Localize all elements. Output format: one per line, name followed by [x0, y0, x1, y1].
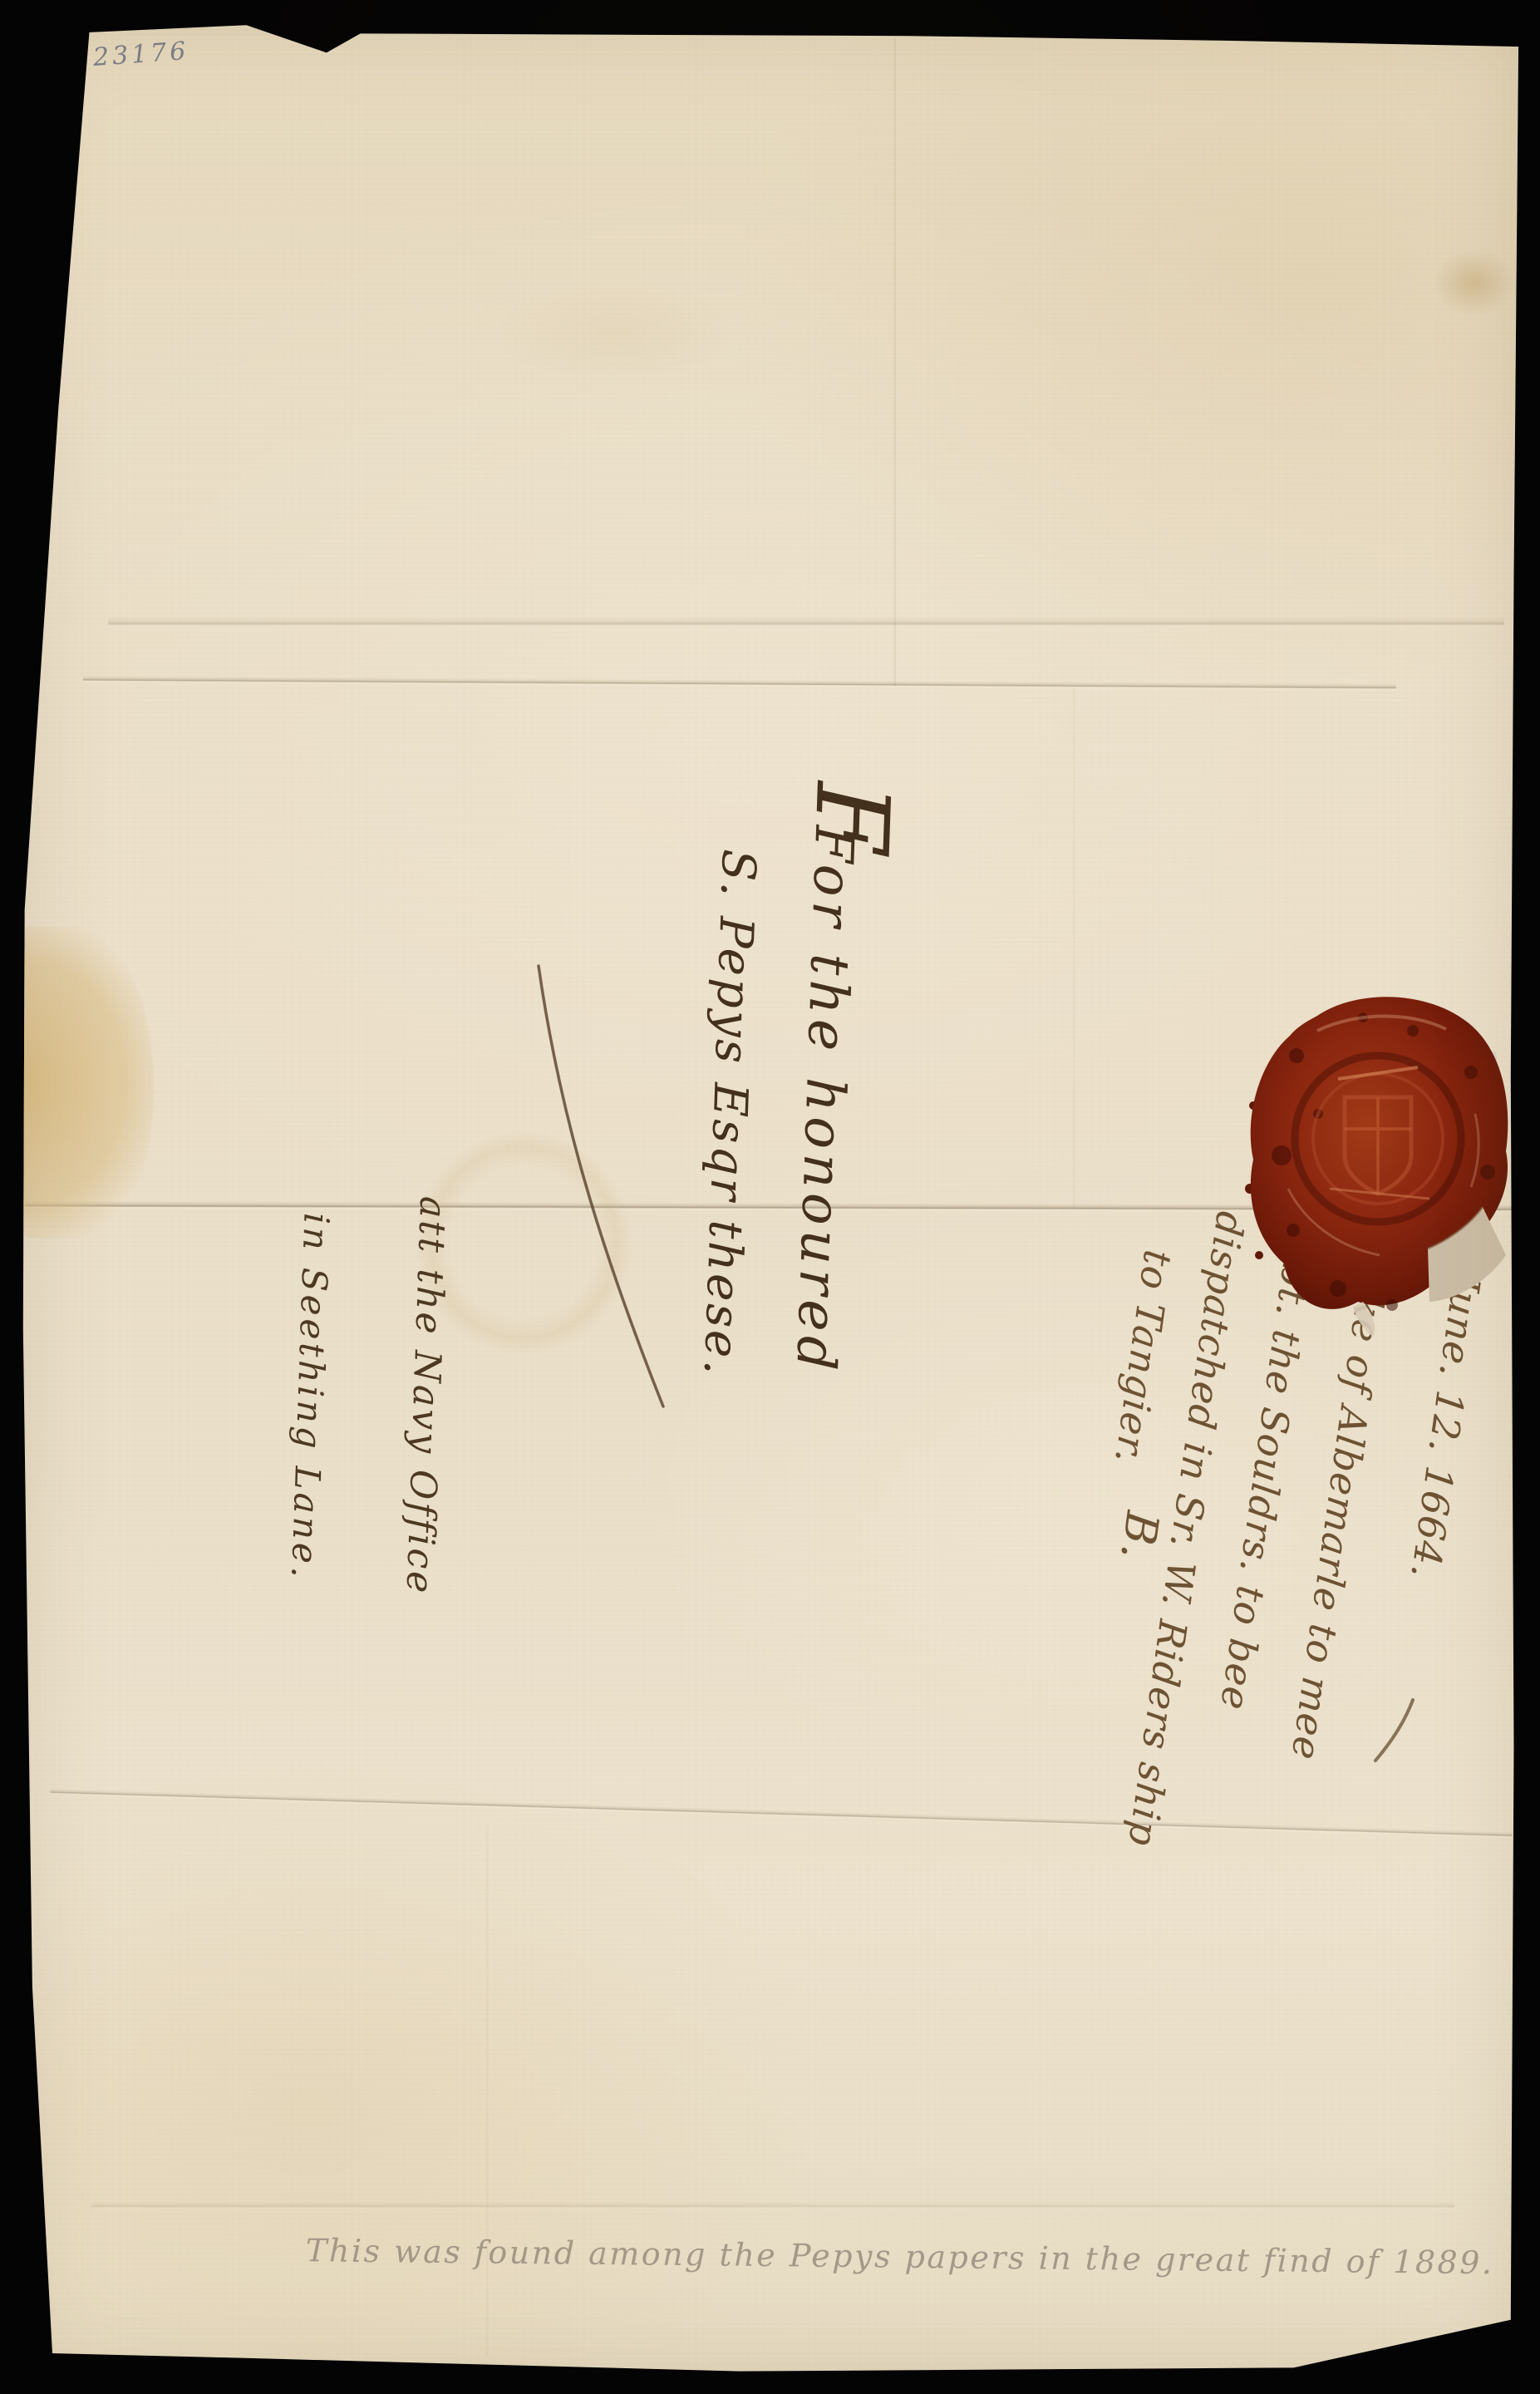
address-line-3: att the Navy Office — [398, 1195, 455, 1596]
archival-number: 23176 — [92, 37, 190, 72]
fold-crease-faint-upper — [108, 617, 1504, 630]
docket-block: June. 12. 1664. Duke of Albemarle to mee… — [923, 1219, 1489, 2267]
fold-crease-vertical-1 — [893, 38, 898, 687]
wax-highlights — [1288, 1016, 1478, 1255]
docket-initial: B. — [1110, 1508, 1169, 1564]
seal-impression-outer-ring — [1295, 1056, 1461, 1222]
smudge-top-center — [499, 283, 731, 382]
address-block: FFor the honoured S. Pepys Esqr these. a… — [229, 763, 866, 2362]
seal-chip-edge — [1428, 1207, 1483, 1249]
photograph-stage: 23176 FFor the honoured S. Pepys Esqr th… — [0, 0, 1540, 2394]
seal-armorial-device — [1330, 1067, 1429, 1199]
address-line-2: S. Pepys Esqr these. — [693, 849, 765, 1379]
seal-impression-inner-ring — [1313, 1074, 1443, 1204]
docket-line-5: to Tangier. — [1106, 1247, 1181, 1466]
docket-line-1: June. 12. 1664. — [1402, 1272, 1489, 1582]
fold-crease-upper — [83, 676, 1396, 692]
address-line-1-text: For the honoured — [784, 825, 864, 1377]
stain-top-right — [1433, 249, 1516, 316]
address-line-1: FFor the honoured — [784, 781, 866, 1376]
fold-crease-vertical-2 — [1072, 688, 1077, 1208]
seal-paper-wedge — [1425, 1052, 1503, 1118]
letter-paper: 23176 FFor the honoured S. Pepys Esqr th… — [0, 0, 1540, 2394]
address-line-4: in Seething Lane. — [283, 1212, 337, 1582]
adhesive-stain-left-edge — [17, 927, 154, 1239]
